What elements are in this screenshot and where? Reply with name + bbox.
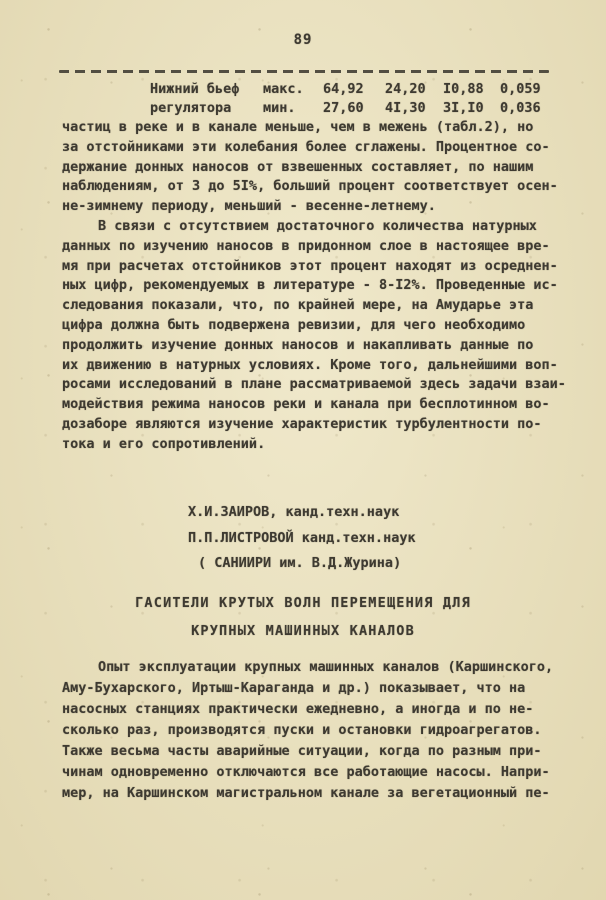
dashed-separator: [59, 70, 549, 73]
article-body-block: Опыт эксплуатации крупных машинных канал…: [62, 657, 586, 804]
tailwater-values-table: Нижний бьеф макс. 64,92 24,20 I0,88 0,05…: [150, 80, 541, 117]
table-cell: 27,60: [323, 99, 385, 118]
article-title-line-2: КРУПНЫХ МАШИННЫХ КАНАЛОВ: [0, 617, 606, 645]
table-cell: 24,20: [385, 80, 443, 99]
authors-block: Х.И.ЗАИРОВ, канд.техн.наук П.П.ЛИСТРОВОЙ…: [188, 500, 416, 577]
table-row-type: макс.: [263, 80, 323, 99]
article-title-line-1: ГАСИТЕЛИ КРУТЫХ ВОЛН ПЕРЕМЕЩЕНИЯ ДЛЯ: [0, 589, 606, 617]
paragraph-article-1: Опыт эксплуатации крупных машинных канал…: [62, 657, 586, 804]
paragraph-sediment-1: частиц в реке и в канале меньше, чем в м…: [62, 118, 586, 217]
table-row-label: Нижний бьеф: [150, 80, 263, 99]
table-cell: 4I,30: [385, 99, 443, 118]
author-line: Х.И.ЗАИРОВ, канд.техн.наук: [188, 500, 416, 526]
table-row-label: регулятора: [150, 99, 263, 118]
author-line: П.П.ЛИСТРОВОЙ канд.техн.наук: [188, 526, 416, 552]
scanned-document-page: 89 Нижний бьеф макс. 64,92 24,20 I0,88 0…: [0, 0, 606, 900]
affiliation-line: ( САНИИРИ им. В.Д.Журина): [188, 551, 416, 577]
table-cell: 0,059: [500, 80, 541, 99]
table-cell: 3I,I0: [443, 99, 500, 118]
table-cell: 0,036: [500, 99, 541, 118]
table-cell: I0,88: [443, 80, 500, 99]
table-row-type: мин.: [263, 99, 323, 118]
body-text-block: частиц в реке и в канале меньше, чем в м…: [62, 118, 586, 455]
page-number: 89: [0, 33, 606, 48]
article-title: ГАСИТЕЛИ КРУТЫХ ВОЛН ПЕРЕМЕЩЕНИЯ ДЛЯ КРУ…: [0, 589, 606, 645]
paragraph-sediment-2: В связи с отсутствием достаточного колич…: [62, 217, 586, 455]
table-cell: 64,92: [323, 80, 385, 99]
